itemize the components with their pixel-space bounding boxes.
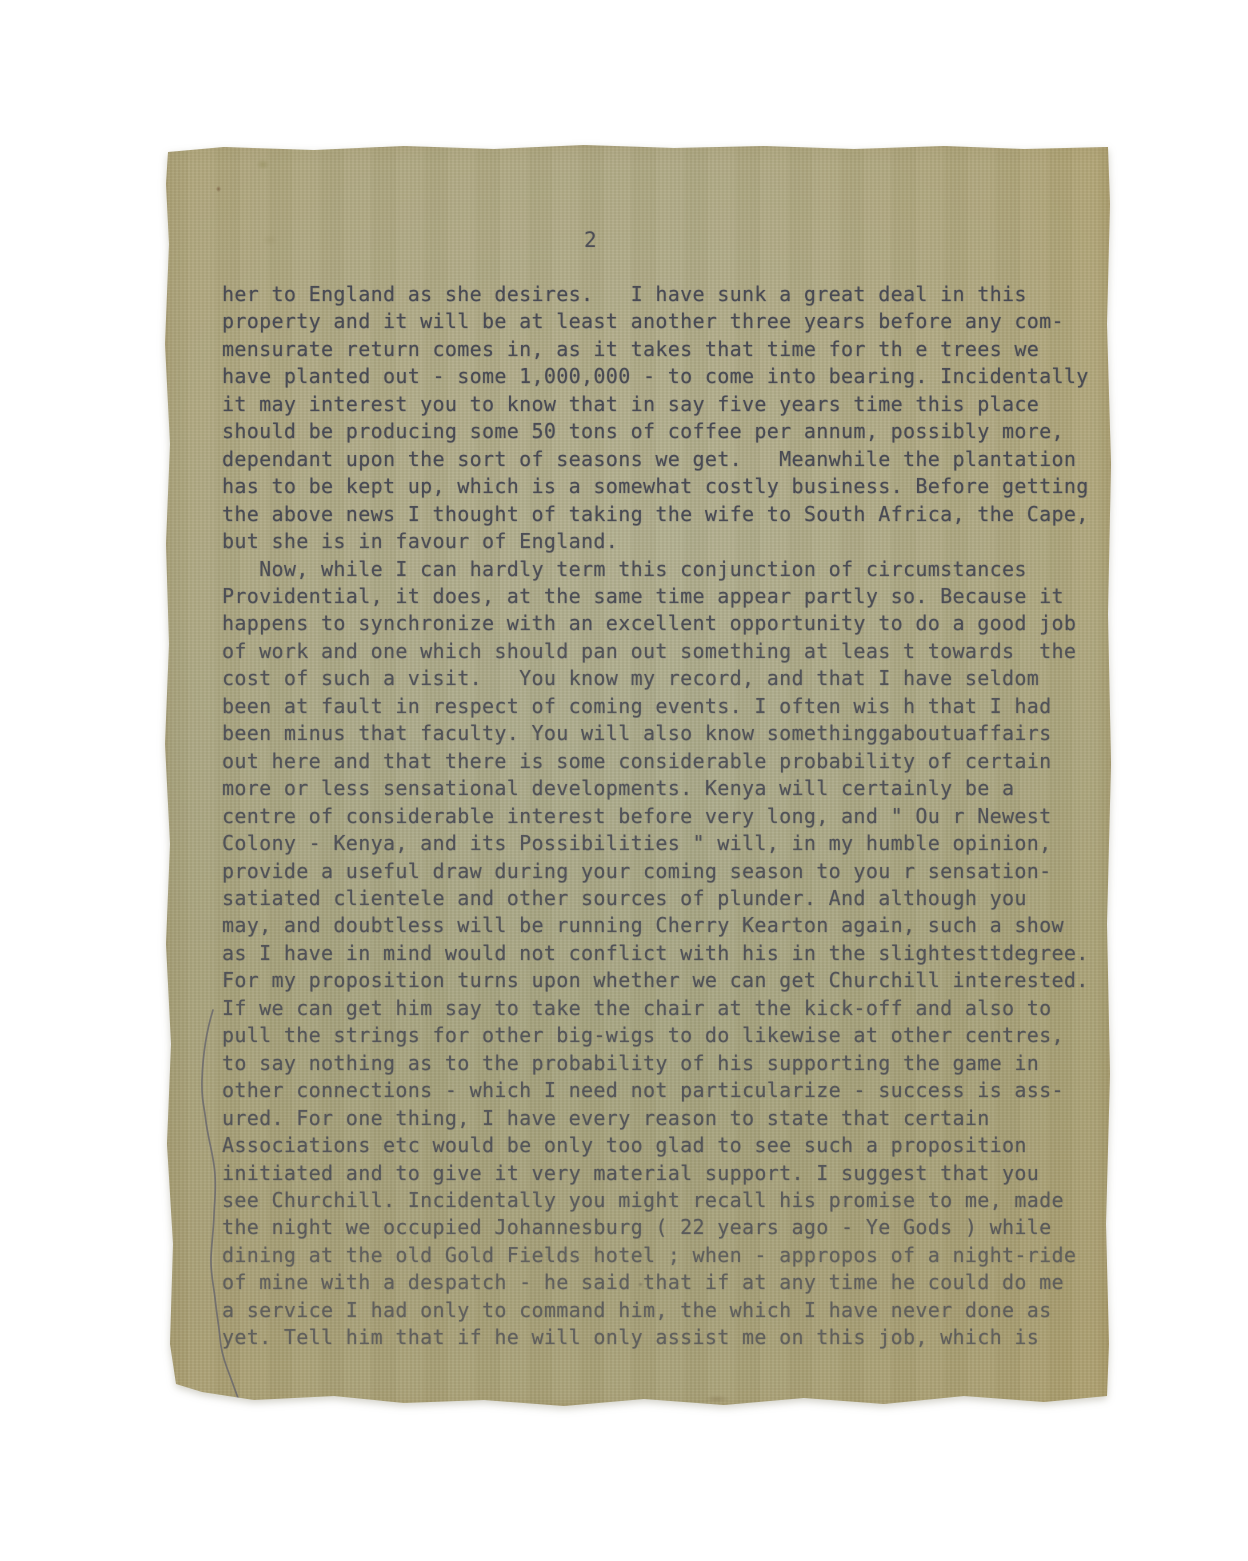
typed-text-line: have planted out - some 1,000,000 - to c… — [222, 363, 1108, 390]
typed-text-line: more or less sensational developments. K… — [222, 775, 1108, 802]
typed-text-line: provide a useful draw during your coming… — [222, 858, 1108, 885]
typed-text-line: other connections - which I need not par… — [222, 1077, 1108, 1104]
typed-text-line: initiated and to give it very material s… — [222, 1160, 1108, 1187]
typed-text-line: the above news I thought of taking the w… — [222, 501, 1108, 528]
paper-stain — [256, 159, 270, 170]
typed-text-line: has to be kept up, which is a somewhat c… — [222, 473, 1108, 500]
typed-text-line: Associations etc would be only too glad … — [222, 1132, 1108, 1159]
typed-text-line: it may interest you to know that in say … — [222, 391, 1108, 418]
typed-text-line: cost of such a visit. You know my record… — [222, 665, 1108, 692]
typed-text-line: dining at the old Gold Fields hotel ; wh… — [222, 1242, 1108, 1269]
typed-text-line: been at fault in respect of coming event… — [222, 693, 1108, 720]
paper-edge-stain — [704, 1395, 730, 1403]
typed-text-line: may, and doubtless will be running Cherr… — [222, 912, 1108, 939]
typed-text-line: as I have in mind would not conflict wit… — [222, 940, 1108, 967]
typed-text-line: the night we occupied Johannesburg ( 22 … — [222, 1214, 1108, 1241]
page-number: 2 — [584, 228, 597, 252]
typed-text-line: ured. For one thing, I have every reason… — [222, 1105, 1108, 1132]
typed-text-line: her to England as she desires. I have su… — [222, 281, 1108, 308]
typed-text-line: property and it will be at least another… — [222, 308, 1108, 335]
typed-text-line: centre of considerable interest before v… — [222, 803, 1108, 830]
typed-text-line: satiated clientele and other sources of … — [222, 885, 1108, 912]
typed-text-line: For my proposition turns upon whether we… — [222, 967, 1108, 994]
typed-text-line: but she is in favour of England. — [222, 528, 1108, 555]
letter-body: her to England as she desires. I have su… — [222, 281, 1108, 1352]
typed-text-line: of work and one which should pan out som… — [222, 638, 1108, 665]
typed-text-line: If we can get him say to take the chair … — [222, 995, 1108, 1022]
typed-text-line: happens to synchronize with an excellent… — [222, 610, 1108, 637]
typed-text-line: should be producing some 50 tons of coff… — [222, 418, 1108, 445]
letter-sheet: 2 her to England as she desires. I have … — [164, 144, 1112, 1406]
typed-text-line: Providential, it does, at the same time … — [222, 583, 1108, 610]
typed-text-line: dependant upon the sort of seasons we ge… — [222, 446, 1108, 473]
typed-text-line: Now, while I can hardly term this conjun… — [222, 556, 1108, 583]
typed-text-line: mensurate return comes in, as it takes t… — [222, 336, 1108, 363]
typed-text-line: to say nothing as to the probability of … — [222, 1050, 1108, 1077]
typed-text-line: Colony - Kenya, and its Possibilities " … — [222, 830, 1108, 857]
paper-surface: 2 her to England as she desires. I have … — [164, 144, 1112, 1406]
typed-text-line: a service I had only to command him, the… — [222, 1297, 1108, 1324]
typed-text-line: of mine with a despatch - he said that i… — [222, 1269, 1108, 1296]
typed-text-line: yet. Tell him that if he will only assis… — [222, 1324, 1108, 1351]
typed-text-line: see Churchill. Incidentally you might re… — [222, 1187, 1108, 1214]
scanned-letter-page: 2 her to England as she desires. I have … — [0, 0, 1248, 1561]
paper-stain — [262, 234, 278, 246]
typed-text-line: pull the strings for other big-wigs to d… — [222, 1022, 1108, 1049]
typed-text-line: been minus that faculty. You will also k… — [222, 720, 1108, 747]
paper-speck — [216, 186, 221, 192]
typed-text-line: out here and that there is some consider… — [222, 748, 1108, 775]
